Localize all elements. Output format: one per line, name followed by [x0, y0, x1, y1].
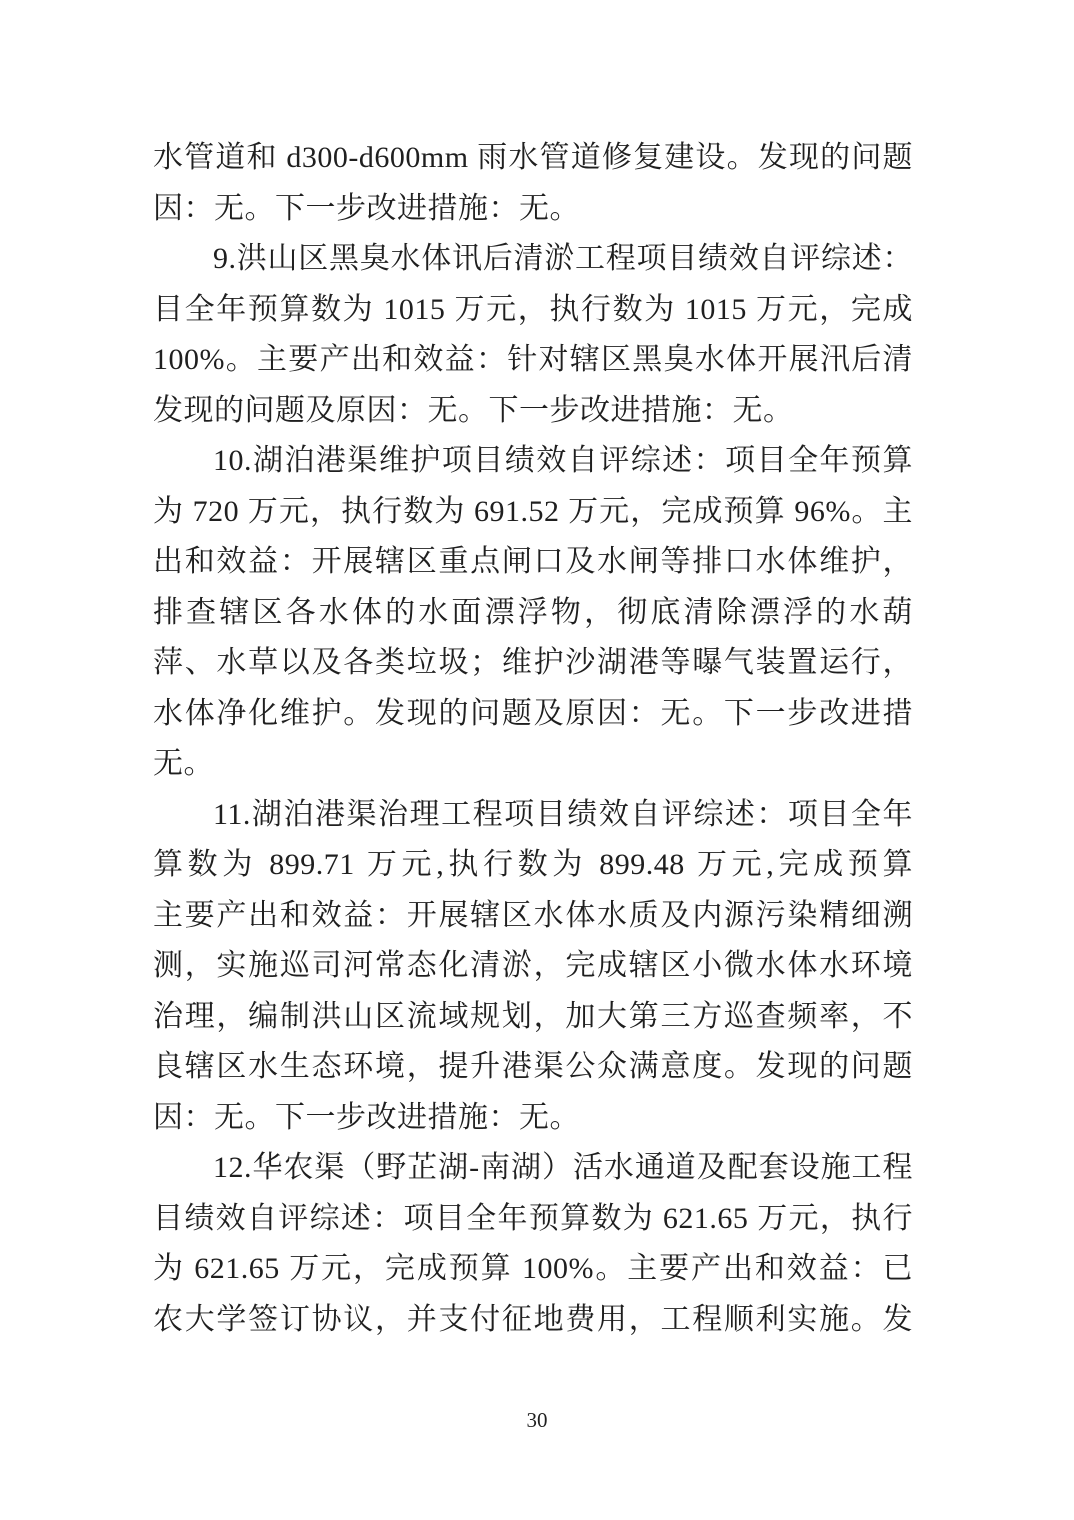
text-line: 目绩效自评综述：项目全年预算数为 621.65 万元，执行数: [153, 1194, 913, 1245]
text-line: 主要产出和效益：开展辖区水体水质及内源污染精细溯源监: [153, 891, 913, 942]
text-line: 排查辖区各水体的水面漂浮物，彻底清除漂浮的水葫芦、浮: [153, 588, 913, 639]
text-line: 治理，编制洪山区流域规划，加大第三方巡查频率，不断改: [153, 992, 913, 1043]
para-continuation: 水管道和 d300-d600mm 雨水管道修复建设。发现的问题及原因：无。下一步…: [153, 133, 913, 234]
text-line: 测，实施巡司河常态化清淤，完成辖区小微水体水环境应急: [153, 941, 913, 992]
text-line: 100%。主要产出和效益：针对辖区黑臭水体开展汛后清淤。: [153, 335, 913, 386]
body-text-block: 水管道和 d300-d600mm 雨水管道修复建设。发现的问题及原因：无。下一步…: [153, 133, 913, 1345]
text-line: 12.华农渠（野芷湖-南湖）活水通道及配套设施工程项: [153, 1143, 913, 1194]
text-line: 11.湖泊港渠治理工程项目绩效自评综述：项目全年预: [153, 790, 913, 841]
para-item-10: 10.湖泊港渠维护项目绩效自评综述：项目全年预算数为 720 万元，执行数为 6…: [153, 436, 913, 790]
para-item-12: 12.华农渠（野芷湖-南湖）活水通道及配套设施工程项目绩效自评综述：项目全年预算…: [153, 1143, 913, 1345]
text-line: 无。: [153, 739, 913, 790]
text-line: 因：无。下一步改进措施：无。: [153, 1093, 913, 1144]
text-line: 出和效益：开展辖区重点闸口及水闸等排口水体维护，全面: [153, 537, 913, 588]
text-line: 为 621.65 万元，完成预算 100%。主要产出和效益：已和华: [153, 1244, 913, 1295]
text-line: 农大学签订协议，并支付征地费用，工程顺利实施。发现的: [153, 1295, 913, 1346]
text-line: 萍、水草以及各类垃圾；维护沙湖港等曝气装置运行，开展: [153, 638, 913, 689]
text-line: 因：无。下一步改进措施：无。: [153, 184, 913, 235]
text-line: 9.洪山区黑臭水体讯后清淤工程项目绩效自评综述：项: [153, 234, 913, 285]
text-line: 发现的问题及原因：无。下一步改进措施：无。: [153, 386, 913, 437]
para-item-9: 9.洪山区黑臭水体讯后清淤工程项目绩效自评综述：项目全年预算数为 1015 万元…: [153, 234, 913, 436]
document-page: 水管道和 d300-d600mm 雨水管道修复建设。发现的问题及原因：无。下一步…: [0, 0, 1074, 1520]
page-number: 30: [0, 1405, 1074, 1435]
text-line: 10.湖泊港渠维护项目绩效自评综述：项目全年预算数: [153, 436, 913, 487]
text-line: 水体净化维护。发现的问题及原因：无。下一步改进措施：: [153, 689, 913, 740]
text-line: 目全年预算数为 1015 万元，执行数为 1015 万元，完成预算: [153, 285, 913, 336]
text-line: 水管道和 d300-d600mm 雨水管道修复建设。发现的问题及原: [153, 133, 913, 184]
text-line: 良辖区水生态环境，提升港渠公众满意度。发现的问题及原: [153, 1042, 913, 1093]
text-line: 为 720 万元，执行数为 691.52 万元，完成预算 96%。主要产: [153, 487, 913, 538]
para-item-11: 11.湖泊港渠治理工程项目绩效自评综述：项目全年预算数为 899.71 万元,执…: [153, 790, 913, 1144]
text-line: 算数为 899.71 万元,执行数为 899.48 万元,完成预算 99.9%。: [153, 840, 913, 891]
